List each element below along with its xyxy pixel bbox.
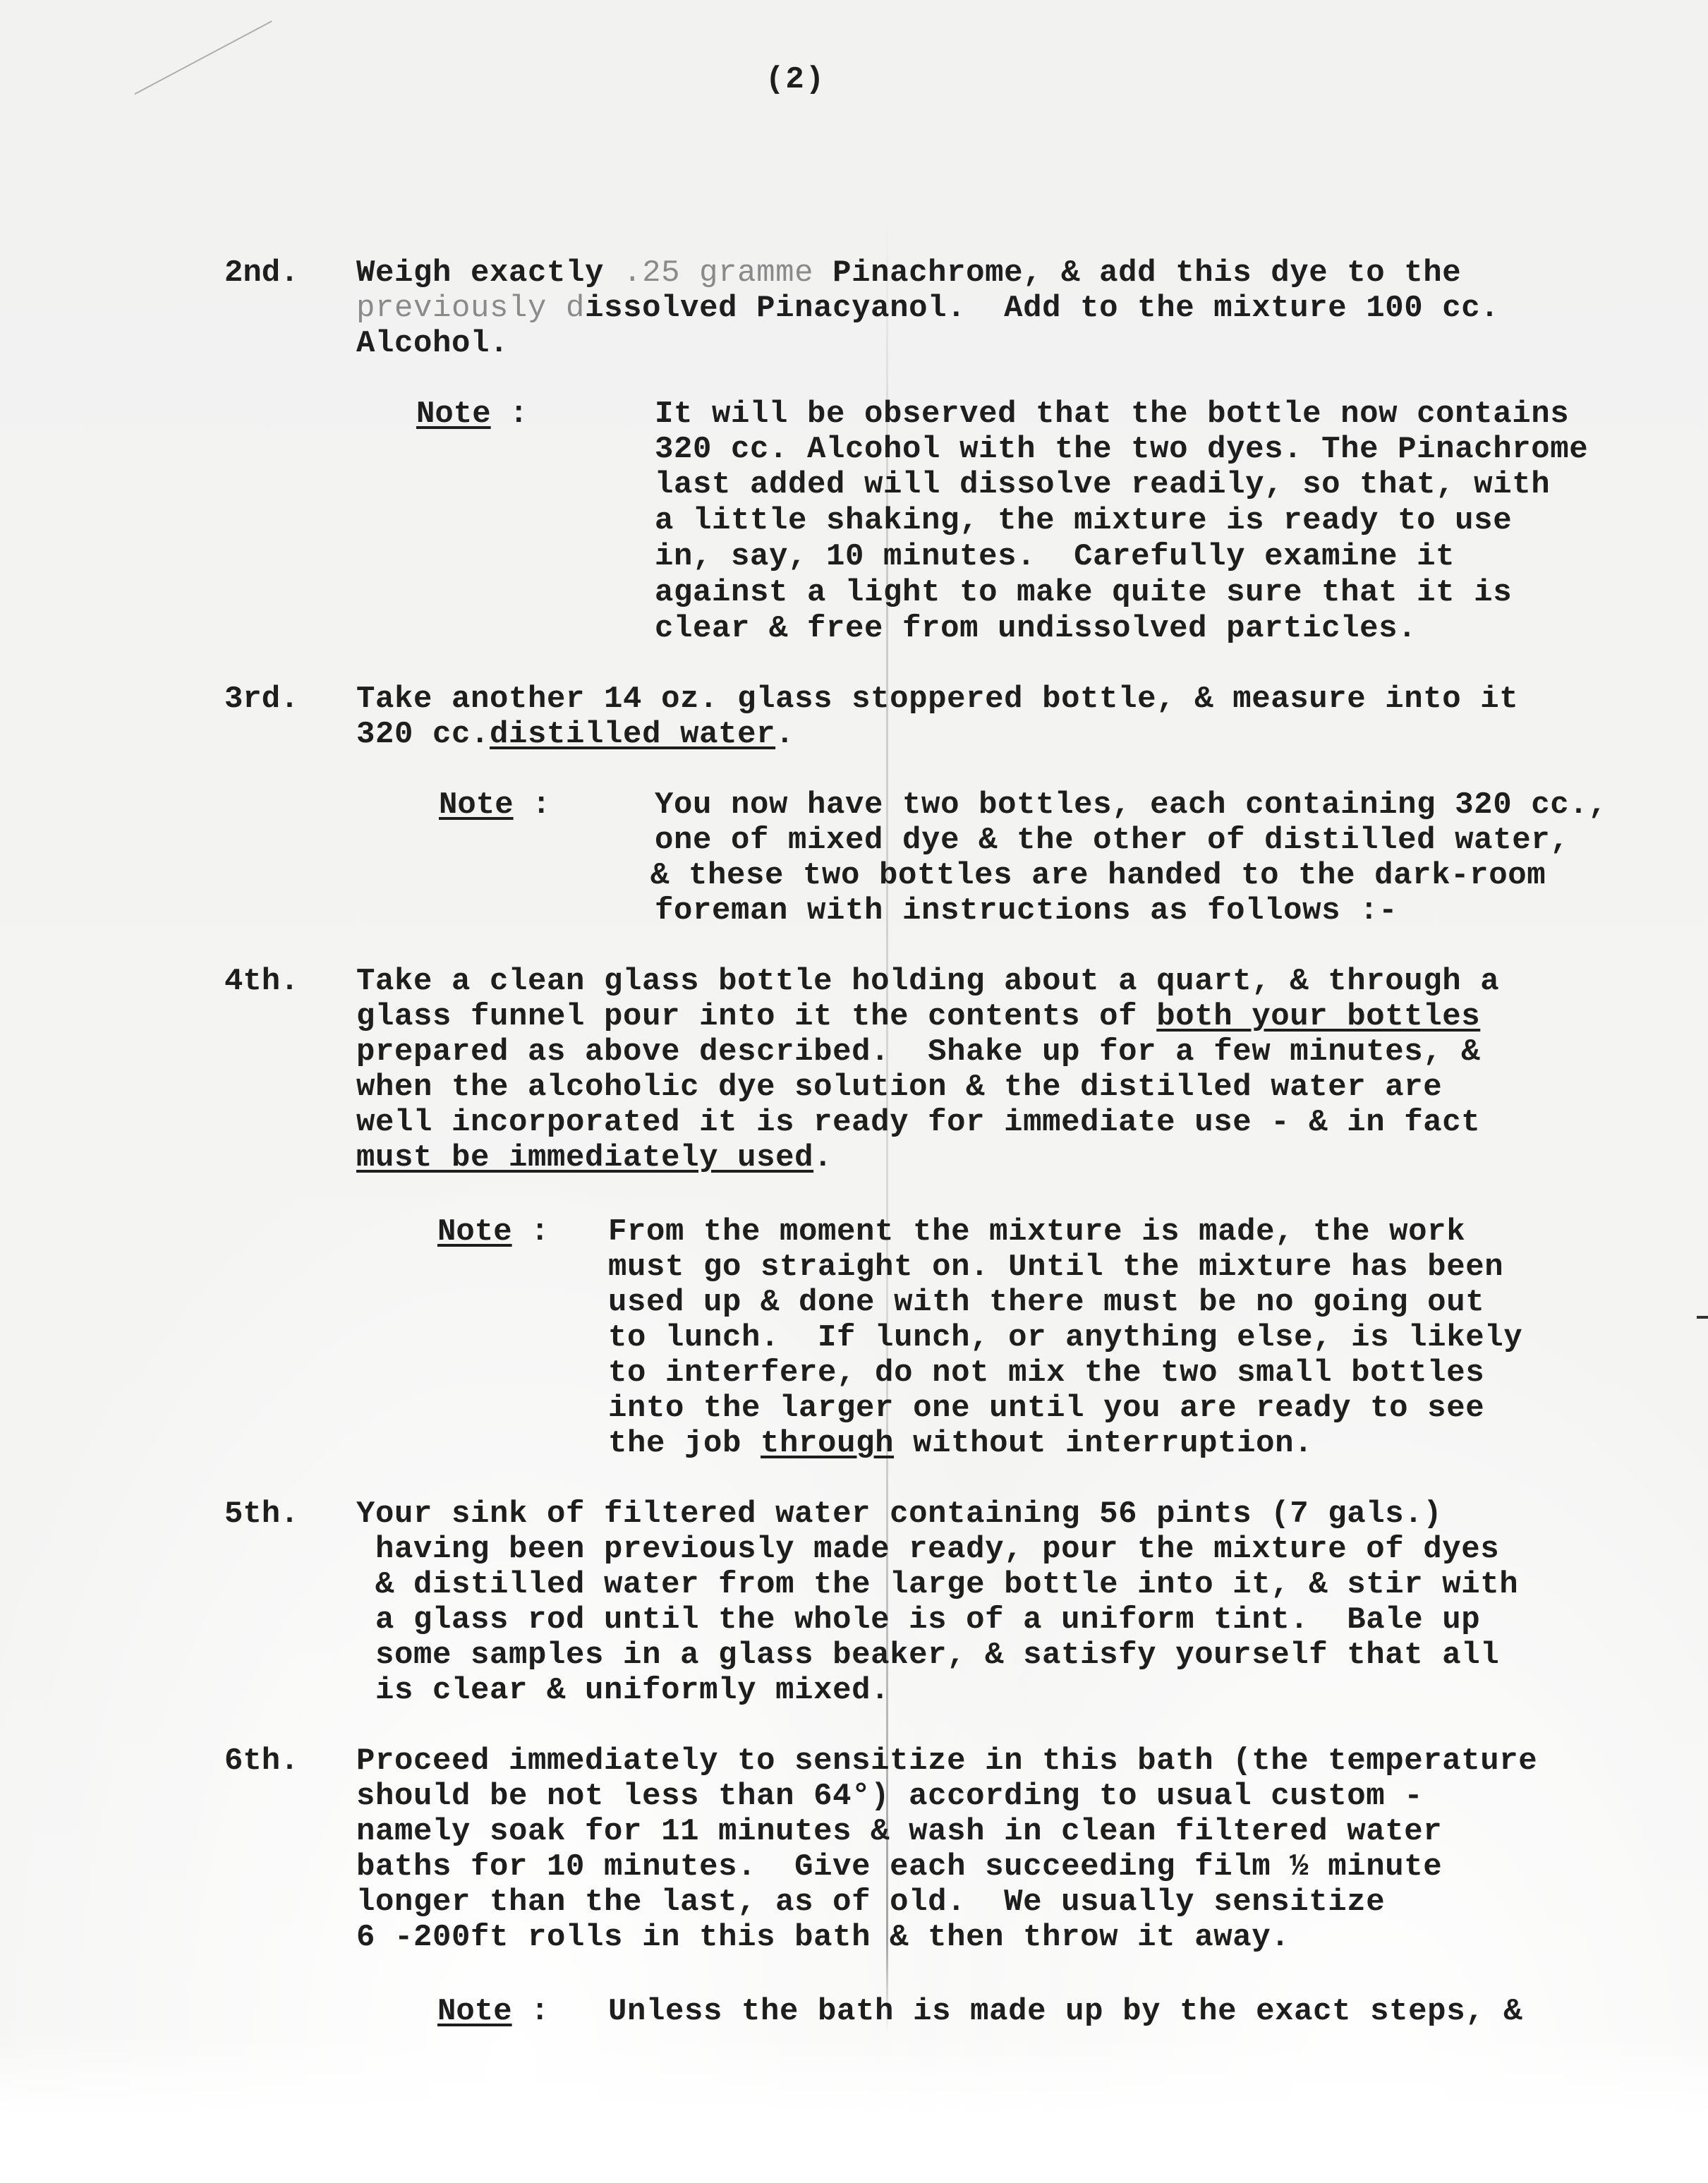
note-line: last added will dissolve readily, so tha… bbox=[655, 467, 1550, 502]
step-line: baths for 10 minutes. Give each succeedi… bbox=[356, 1849, 1442, 1885]
note-label: Note : bbox=[437, 1214, 549, 1250]
underlined-text: both your bottles bbox=[1156, 999, 1480, 1034]
note-line: 320 cc. Alcohol with the two dyes. The P… bbox=[655, 432, 1588, 467]
note-line: the job through without interruption. bbox=[608, 1426, 1313, 1461]
note-line: It will be observed that the bottle now … bbox=[655, 397, 1569, 432]
note-label-text: Note bbox=[437, 1994, 512, 2029]
step-line: some samples in a glass beaker, & satisf… bbox=[356, 1638, 1499, 1673]
text-span: Pinachrome, & add this dye to the bbox=[813, 255, 1461, 291]
note-line: foreman with instructions as follows :- bbox=[655, 893, 1398, 929]
note-line: into the larger one until you are ready … bbox=[608, 1391, 1484, 1426]
typewritten-page: (2) 2nd. Weigh exactly .25 gramme Pinach… bbox=[0, 0, 1708, 2183]
underlined-text: distilled water bbox=[490, 717, 775, 752]
step-line: must be immediately used. bbox=[356, 1140, 832, 1175]
step-line: Proceed immediately to sensitize in this… bbox=[356, 1743, 1537, 1779]
note-line: From the moment the mixture is made, the… bbox=[608, 1214, 1465, 1250]
step-line: well incorporated it is ready for immedi… bbox=[356, 1105, 1480, 1140]
note-line: used up & done with there must be no goi… bbox=[608, 1285, 1484, 1320]
note-line: one of mixed dye & the other of distille… bbox=[655, 823, 1569, 858]
note-separator: : bbox=[512, 1214, 550, 1250]
page-number: (2) bbox=[765, 62, 825, 97]
note-line: against a light to make quite sure that … bbox=[655, 575, 1512, 610]
note-label-text: Note bbox=[437, 1214, 512, 1250]
step-line: 320 cc.distilled water. bbox=[356, 717, 794, 752]
step-line: previously dissolved Pinacyanol. Add to … bbox=[356, 291, 1499, 326]
step-line: glass funnel pour into it the contents o… bbox=[356, 999, 1480, 1034]
step-line: 6 -200ft rolls in this bath & then throw… bbox=[356, 1920, 1290, 1955]
note-line: must go straight on. Until the mixture h… bbox=[608, 1250, 1503, 1285]
step-line: when the alcoholic dye solution & the di… bbox=[356, 1070, 1442, 1105]
step-label: 4th. bbox=[224, 964, 299, 999]
text-span: . bbox=[813, 1140, 832, 1175]
step-line: prepared as above described. Shake up fo… bbox=[356, 1034, 1480, 1070]
text-span: without interruption. bbox=[894, 1426, 1313, 1461]
step-line: Take another 14 oz. glass stoppered bott… bbox=[356, 682, 1518, 717]
step-line: is clear & uniformly mixed. bbox=[356, 1673, 890, 1708]
step-line: a glass rod until the whole is of a unif… bbox=[356, 1602, 1480, 1638]
text-span: the job bbox=[608, 1426, 761, 1461]
text-span: Weigh exactly bbox=[356, 255, 623, 291]
note-line: in, say, 10 minutes. Carefully examine i… bbox=[655, 539, 1455, 574]
note-line: You now have two bottles, each containin… bbox=[655, 787, 1607, 823]
note-separator: : bbox=[512, 1994, 550, 2029]
faint-text-span: .25 gramme bbox=[623, 255, 813, 291]
note-line: clear & free from undissolved particles. bbox=[655, 611, 1417, 646]
step-line: & distilled water from the large bottle … bbox=[356, 1567, 1518, 1602]
note-line: Unless the bath is made up by the exact … bbox=[608, 1994, 1522, 2029]
step-line: longer than the last, as of old. We usua… bbox=[356, 1885, 1385, 1920]
faint-text-span: previously d bbox=[356, 291, 585, 326]
step-label: 2nd. bbox=[224, 255, 299, 291]
step-line: having been previously made ready, pour … bbox=[356, 1532, 1499, 1567]
text-span: 320 cc. bbox=[356, 717, 490, 752]
note-label: Note : bbox=[437, 1994, 549, 2029]
text-span: glass funnel pour into it the contents o… bbox=[356, 999, 1156, 1034]
underlined-text: through bbox=[761, 1426, 894, 1461]
note-separator: : bbox=[491, 397, 528, 432]
margin-mark bbox=[1697, 1316, 1708, 1319]
note-line: to lunch. If lunch, or anything else, is… bbox=[608, 1320, 1522, 1355]
step-line: Take a clean glass bottle holding about … bbox=[356, 964, 1499, 999]
step-label: 6th. bbox=[224, 1743, 299, 1779]
step-label: 3rd. bbox=[224, 682, 299, 717]
scan-bottom-fade bbox=[0, 2032, 1708, 2183]
scan-scratch-mark bbox=[134, 20, 272, 95]
step-line: Weigh exactly .25 gramme Pinachrome, & a… bbox=[356, 255, 1461, 291]
note-separator: : bbox=[514, 787, 551, 823]
text-span: . bbox=[775, 717, 794, 752]
note-line: & these two bottles are handed to the da… bbox=[650, 858, 1546, 893]
step-line: should be not less than 64°) according t… bbox=[356, 1779, 1423, 1814]
note-label: Note : bbox=[416, 397, 528, 432]
text-span: issolved Pinacyanol. Add to the mixture … bbox=[585, 291, 1499, 326]
note-label: Note : bbox=[439, 787, 550, 823]
note-line: a little shaking, the mixture is ready t… bbox=[655, 503, 1512, 538]
step-label: 5th. bbox=[224, 1496, 299, 1532]
note-line: to interfere, do not mix the two small b… bbox=[608, 1355, 1484, 1391]
step-line: namely soak for 11 minutes & wash in cle… bbox=[356, 1814, 1442, 1849]
note-label-text: Note bbox=[439, 787, 514, 823]
step-line: Your sink of filtered water containing 5… bbox=[356, 1496, 1442, 1532]
note-label-text: Note bbox=[416, 397, 491, 432]
step-line: Alcohol. bbox=[356, 326, 509, 361]
underlined-text: must be immediately used bbox=[356, 1140, 813, 1175]
